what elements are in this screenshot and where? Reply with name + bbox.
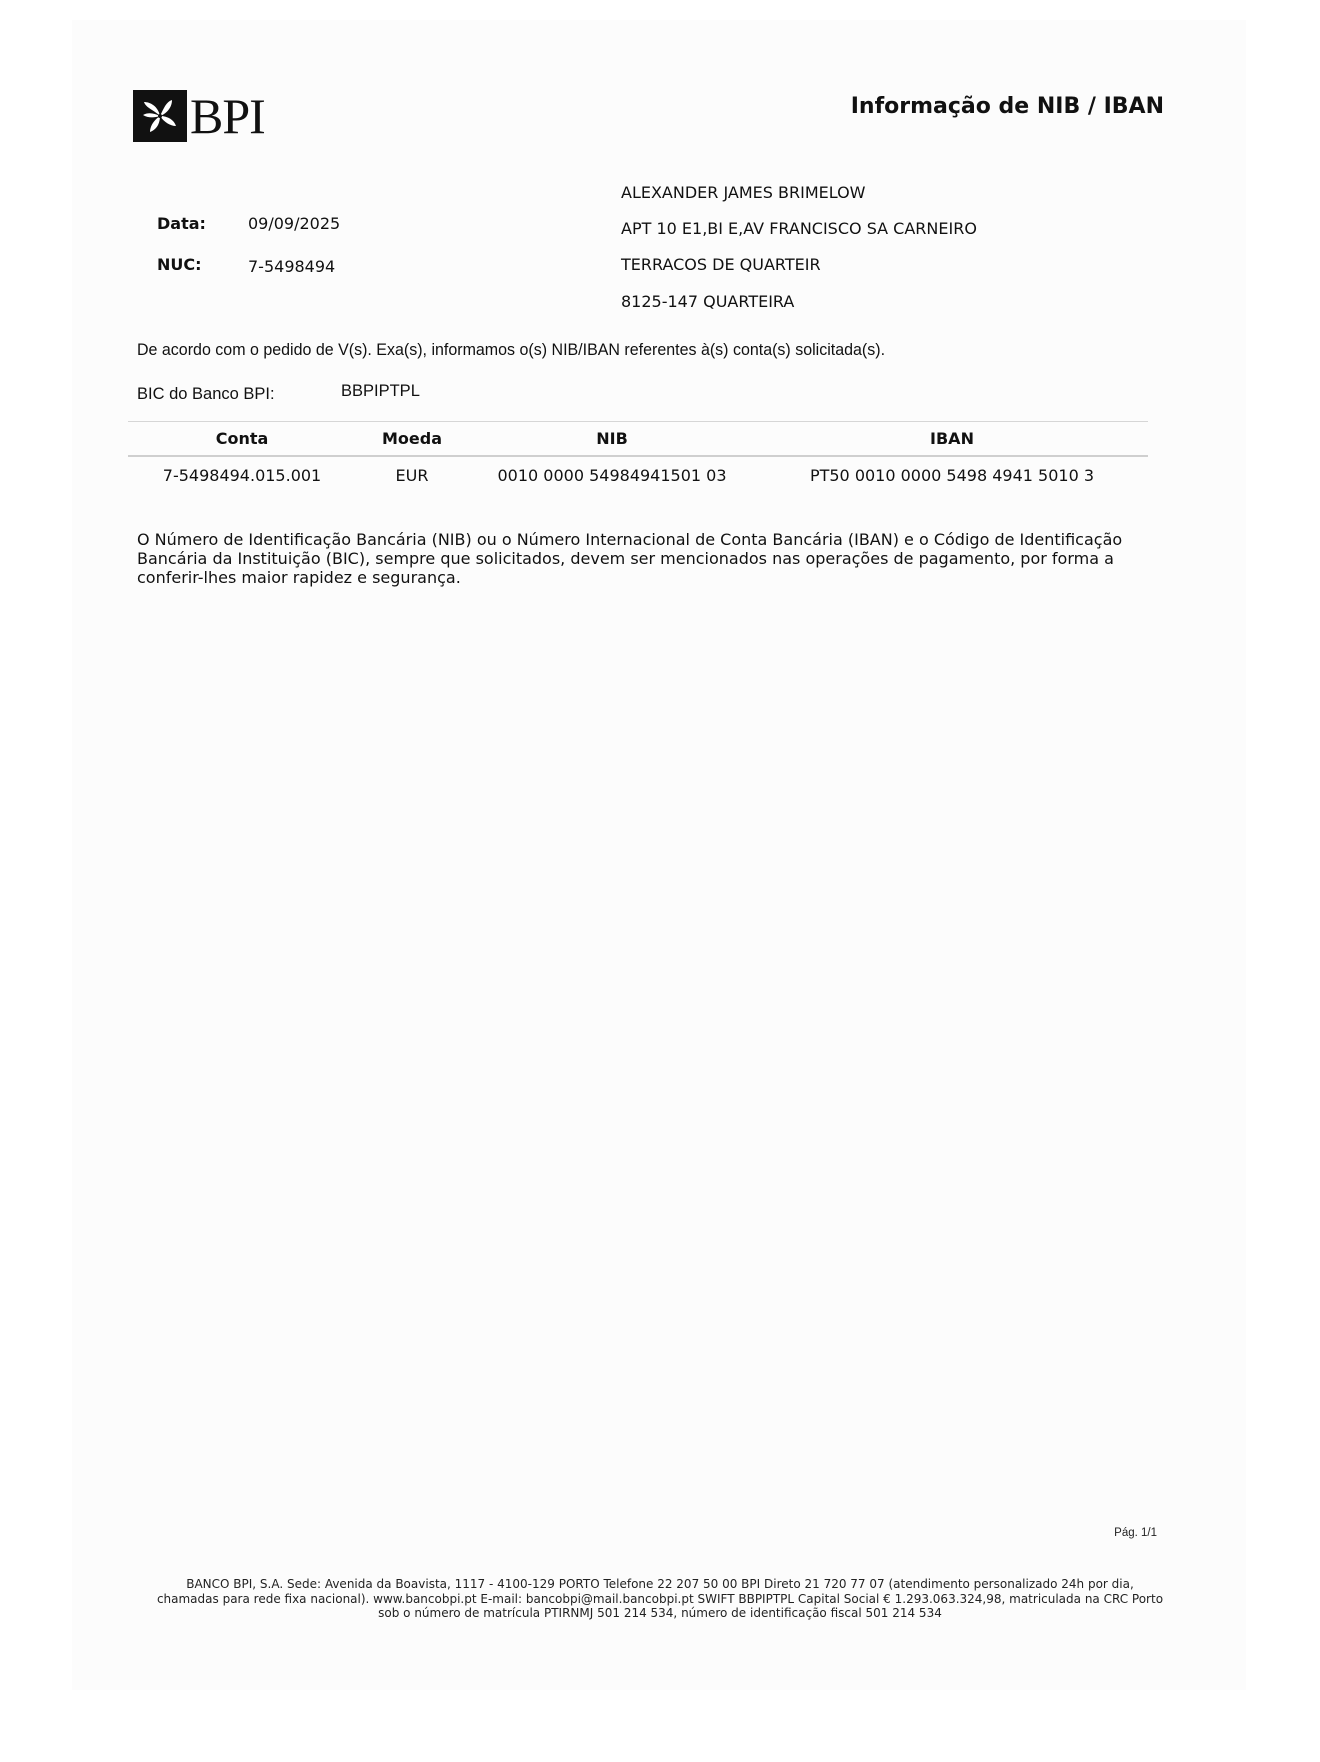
date-label: Data:: [157, 214, 206, 233]
recipient-name: ALEXANDER JAMES BRIMELOW: [621, 183, 866, 202]
recipient-address-line1: APT 10 E1,BI E,AV FRANCISCO SA CARNEIRO: [621, 219, 977, 238]
accounts-table: Conta Moeda NIB IBAN 7-5498494.015.001 E…: [128, 421, 1148, 493]
footer-line3: sob o número de matrícula PTIRNMJ 501 21…: [130, 1606, 1190, 1621]
page-title: Informação de NIB / IBAN: [851, 94, 1164, 119]
notice-text: O Número de Identificação Bancária (NIB)…: [137, 530, 1147, 587]
column-header-nib: NIB: [468, 422, 756, 457]
column-header-conta: Conta: [128, 422, 356, 457]
recipient-address-line2: TERRACOS DE QUARTEIR: [621, 255, 821, 274]
footer-line1: BANCO BPI, S.A. Sede: Avenida da Boavist…: [130, 1577, 1190, 1592]
cell-nib: 0010 0000 54984941501 03: [468, 456, 756, 493]
date-value: 09/09/2025: [248, 214, 340, 233]
cell-iban: PT50 0010 0000 5498 4941 5010 3: [756, 456, 1148, 493]
cell-conta: 7-5498494.015.001: [128, 456, 356, 493]
intro-text: De acordo com o pedido de V(s). Exa(s), …: [137, 341, 885, 360]
cell-moeda: EUR: [356, 456, 468, 493]
footer: BANCO BPI, S.A. Sede: Avenida da Boavist…: [130, 1577, 1190, 1621]
flower-icon: [133, 90, 187, 142]
brand-name: BPI: [190, 90, 265, 142]
column-header-iban: IBAN: [756, 422, 1148, 457]
column-header-moeda: Moeda: [356, 422, 468, 457]
page-number: Pág. 1/1: [1114, 1527, 1157, 1539]
table-header-row: Conta Moeda NIB IBAN: [128, 422, 1148, 457]
recipient-address-line3: 8125-147 QUARTEIRA: [621, 292, 794, 311]
nuc-label: NUC:: [157, 255, 202, 274]
table-row: 7-5498494.015.001 EUR 0010 0000 54984941…: [128, 456, 1148, 493]
bic-label: BIC do Banco BPI:: [137, 385, 275, 404]
nuc-value: 7-5498494: [248, 257, 335, 276]
footer-line2: chamadas para rede fixa nacional). www.b…: [130, 1592, 1190, 1607]
bic-value: BBPIPTPL: [341, 382, 420, 401]
bpi-logo: BPI: [133, 90, 265, 142]
